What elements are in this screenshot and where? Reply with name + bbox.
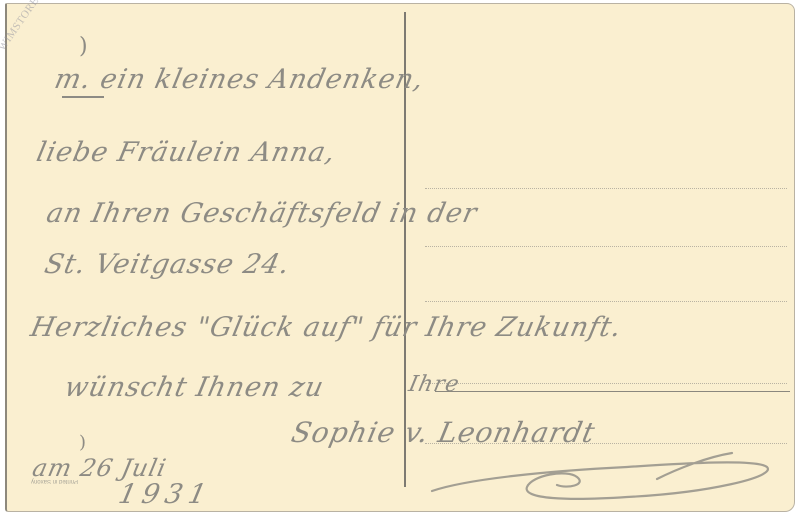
- message-line-3: an Ihren Geschäftsfeld in der: [44, 198, 481, 229]
- message-line-1: m. ein kleines Andenken,: [52, 64, 427, 95]
- address-underline: [435, 391, 790, 392]
- message-line-5: Herzliches "Glück auf" für Ihre Zukunft.: [28, 312, 625, 343]
- signature-flourish-icon: [427, 449, 777, 509]
- address-line: [425, 188, 787, 189]
- message-line-2: liebe Fräulein Anna,: [34, 137, 339, 168]
- message-closing: Ihre: [406, 372, 462, 397]
- address-line: [425, 246, 787, 247]
- ink-mark: ): [79, 432, 86, 453]
- message-line-4: St. Veitgasse 24.: [42, 249, 293, 280]
- printer-imprint: Printed in Saxony: [31, 478, 78, 484]
- date-year: 1931: [116, 479, 215, 510]
- postcard-back: © WIMSTORE by Walkner ) m. ein kleines A…: [5, 3, 795, 512]
- message-line-6: wünscht Ihnen zu: [62, 372, 327, 403]
- address-line: [425, 383, 787, 384]
- underline-stroke: [62, 96, 104, 98]
- watermark: © WIMSTORE by Walkner: [0, 0, 75, 63]
- ink-mark: ): [79, 34, 88, 59]
- signature: Sophie v. Leonhardt: [288, 416, 598, 449]
- address-line: [425, 301, 787, 302]
